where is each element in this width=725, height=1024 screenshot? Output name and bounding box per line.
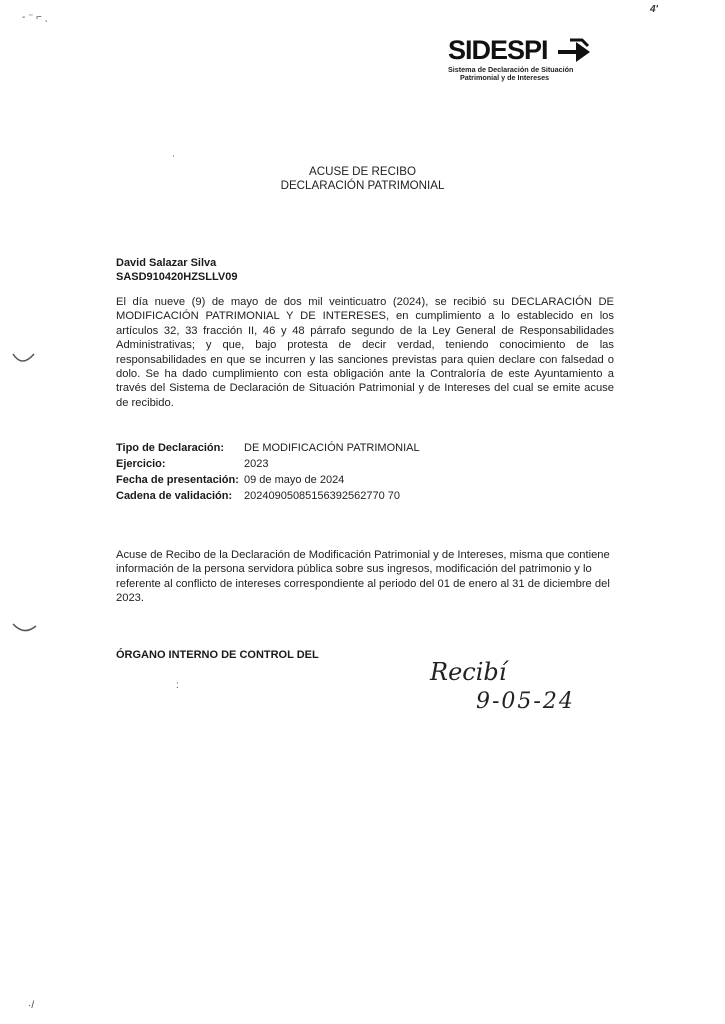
logo-wordmark: SIDESPI: [448, 36, 548, 64]
declarant-rfc: SASD910420HZSLLV09: [116, 270, 237, 284]
scan-dot: ·/: [28, 1000, 34, 1011]
sidespi-logo: SIDESPI Sistema de Declaración de Situac…: [448, 36, 598, 82]
title-line2: DECLARACIÓN PATRIMONIAL: [0, 179, 725, 193]
scan-mark: ‐ ⁻ ⌐ ˎ: [22, 12, 48, 23]
field-label: Ejercicio:: [116, 456, 244, 472]
declarant-block: David Salazar Silva SASD910420HZSLLV09: [116, 256, 237, 284]
field-label: Tipo de Declaración:: [116, 440, 244, 456]
document-title: ACUSE DE RECIBO DECLARACIÓN PATRIMONIAL: [0, 165, 725, 193]
page-number: 4': [650, 4, 658, 15]
declaration-details: Tipo de Declaración: DE MODIFICACIÓN PAT…: [116, 440, 420, 504]
field-row-fecha: Fecha de presentación: 09 de mayo de 202…: [116, 472, 420, 488]
field-row-cadena: Cadena de validación: 202409050851563925…: [116, 488, 420, 504]
handwritten-line1: Recibí: [429, 658, 510, 686]
logo-subtitle-line2: Patrimonial y de Intereses: [448, 74, 598, 82]
declarant-name: David Salazar Silva: [116, 256, 237, 270]
scan-dot: :: [176, 680, 179, 691]
title-line1: ACUSE DE RECIBO: [0, 165, 725, 179]
logo-subtitle: Sistema de Declaración de Situación Patr…: [448, 66, 598, 82]
field-label: Cadena de validación:: [116, 488, 244, 504]
field-row-tipo: Tipo de Declaración: DE MODIFICACIÓN PAT…: [116, 440, 420, 456]
handwritten-line2: 9-05-24: [476, 689, 575, 714]
scan-mark: [10, 620, 40, 640]
closing-paragraph: Acuse de Recibo de la Declaración de Mod…: [116, 548, 636, 606]
field-value: DE MODIFICACIÓN PATRIMONIAL: [244, 440, 420, 456]
field-value: 2023: [244, 456, 268, 472]
field-value: 09 de mayo de 2024: [244, 472, 344, 488]
body-paragraph: El día nueve (9) de mayo de dos mil vein…: [116, 295, 614, 410]
arrow-icon: [556, 36, 592, 66]
field-value: 20240905085156392562770 70: [244, 488, 400, 504]
scan-dot: ˈ: [172, 155, 175, 166]
issuing-organ: ÓRGANO INTERNO DE CONTROL DEL: [116, 649, 319, 661]
scan-mark: [10, 350, 40, 370]
handwritten-received-note: Recibí 9-05-24: [428, 654, 608, 714]
field-row-ejercicio: Ejercicio: 2023: [116, 456, 420, 472]
field-label: Fecha de presentación:: [116, 472, 244, 488]
